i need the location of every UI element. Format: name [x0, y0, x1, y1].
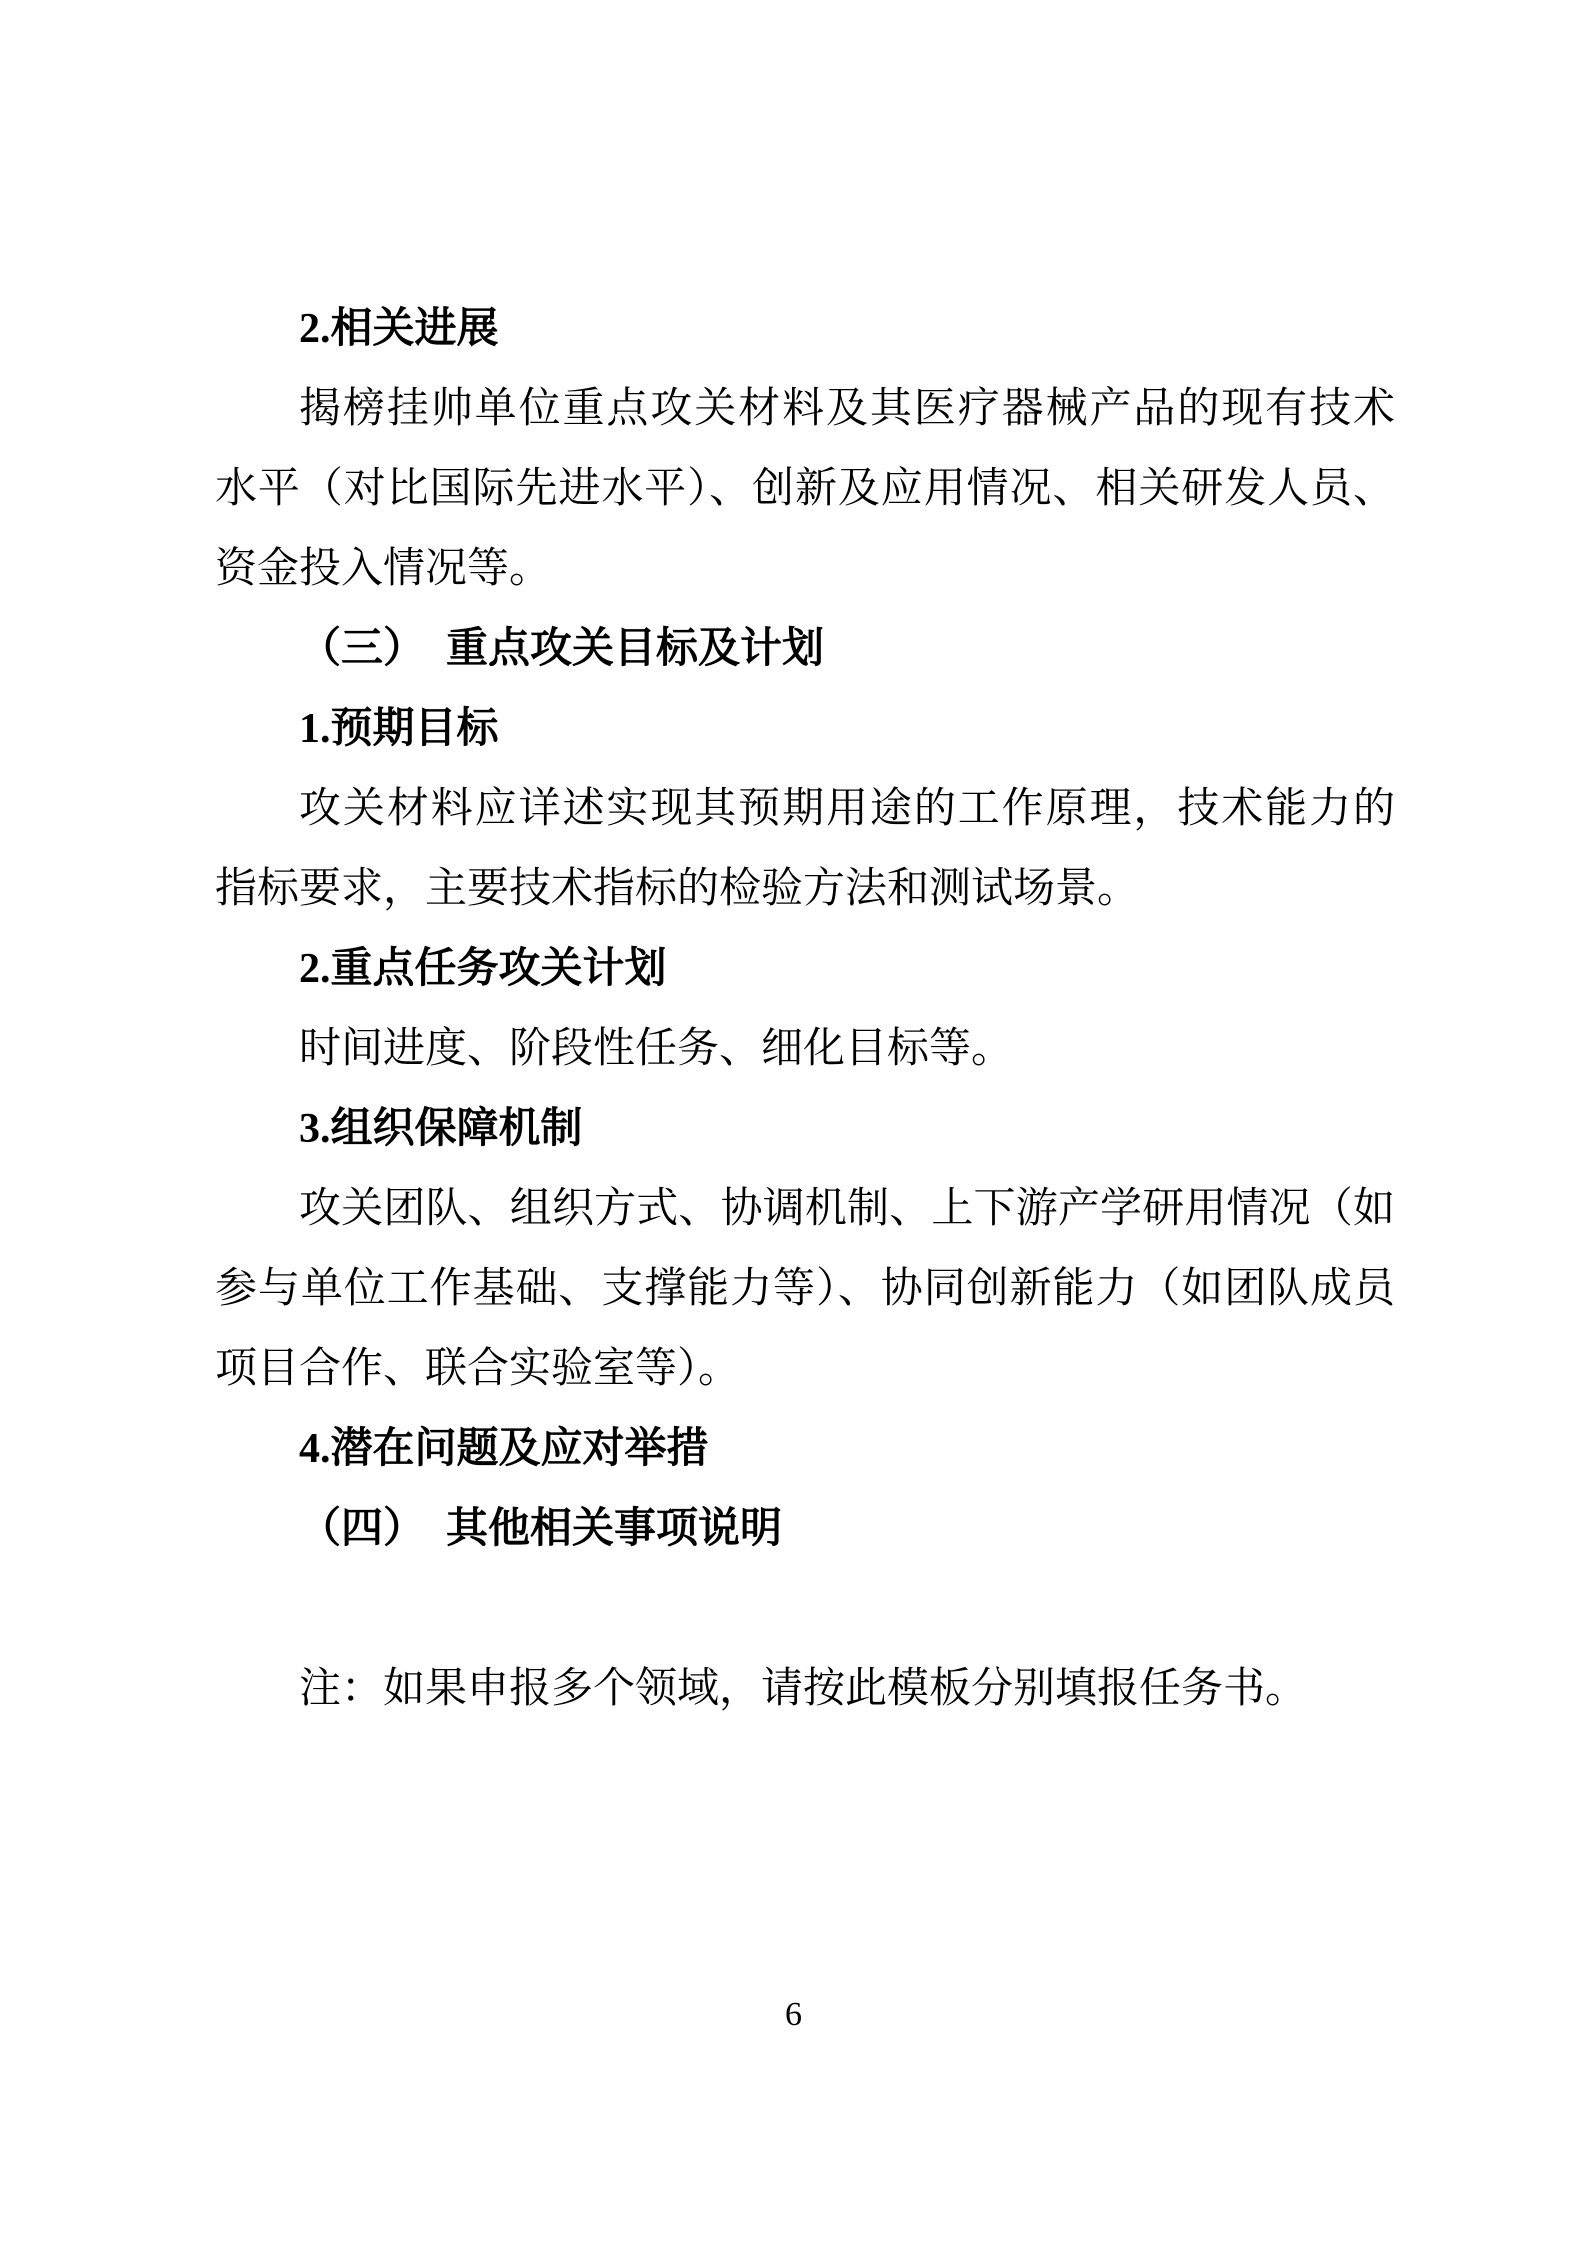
- heading-line: 1.预期目标: [215, 689, 1395, 769]
- body-line: 资金投入情况等。: [215, 529, 1395, 609]
- body-line: 时间进度、阶段性任务、细化目标等。: [215, 1009, 1395, 1089]
- body-line: 水平（对比国际先进水平）、创新及应用情况、相关研发人员、: [215, 449, 1395, 529]
- heading-line: 2.相关进展: [215, 289, 1395, 369]
- heading-line: 4.潜在问题及应对举措: [215, 1409, 1395, 1489]
- page-number: 6: [785, 1996, 802, 2033]
- body-line: 攻关团队、组织方式、协调机制、上下游产学研用情况（如: [215, 1169, 1395, 1249]
- body-line: 参与单位工作基础、支撑能力等）、协同创新能力（如团队成员: [215, 1249, 1395, 1329]
- body-line: 注：如果申报多个领域，请按此模板分别填报任务书。: [215, 1649, 1395, 1729]
- heading-line: （三） 重点攻关目标及计划: [215, 609, 1395, 689]
- body-line: 揭榜挂帅单位重点攻关材料及其医疗器械产品的现有技术: [215, 369, 1395, 449]
- document-body: 2.相关进展揭榜挂帅单位重点攻关材料及其医疗器械产品的现有技术水平（对比国际先进…: [215, 289, 1395, 1729]
- blank-line: [215, 1569, 1395, 1649]
- heading-line: （四） 其他相关事项说明: [215, 1489, 1395, 1569]
- body-line: 攻关材料应详述实现其预期用途的工作原理，技术能力的: [215, 769, 1395, 849]
- page-footer: 6: [0, 1995, 1587, 2035]
- heading-line: 2.重点任务攻关计划: [215, 929, 1395, 1009]
- body-line: 指标要求，主要技术指标的检验方法和测试场景。: [215, 849, 1395, 929]
- heading-line: 3.组织保障机制: [215, 1089, 1395, 1169]
- body-line: 项目合作、联合实验室等）。: [215, 1329, 1395, 1409]
- document-page: 2.相关进展揭榜挂帅单位重点攻关材料及其医疗器械产品的现有技术水平（对比国际先进…: [0, 0, 1587, 2245]
